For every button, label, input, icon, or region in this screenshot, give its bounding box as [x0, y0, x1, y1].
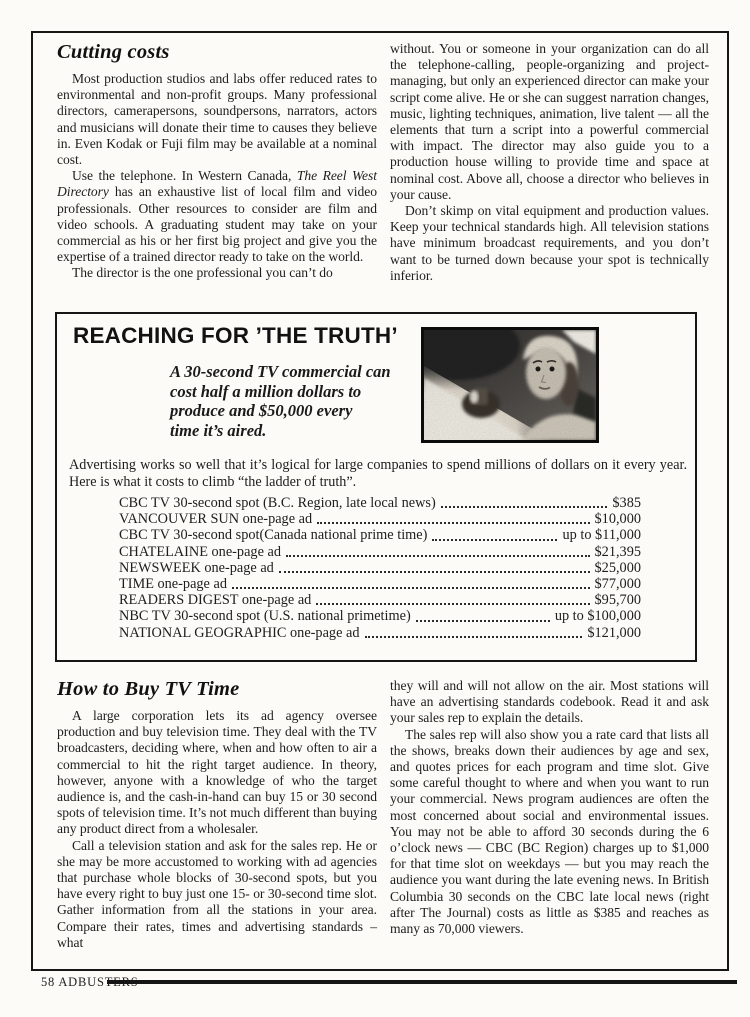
price-list: CBC TV 30-second spot (B.C. Region, late…: [119, 495, 641, 641]
price-list-row: VANCOUVER SUN one-page ad $10,000: [119, 511, 641, 527]
paragraph: they will and will not allow on the air.…: [390, 678, 709, 727]
dot-leader: [365, 636, 583, 638]
price-value: $25,000: [595, 560, 641, 576]
price-list-row: READERS DIGEST one-page ad $95,700: [119, 592, 641, 608]
dot-leader: [232, 587, 590, 589]
paragraph-text: Use the telephone. In Western Canada,: [72, 168, 297, 183]
tv-still-photo: [421, 327, 599, 443]
reaching-for-the-truth-box: REACHING FOR ’THE TRUTH’ A 30-second TV …: [55, 312, 697, 662]
pull-quote-line: cost half a million dollars to: [170, 382, 420, 402]
price-item-label: VANCOUVER SUN one-page ad: [119, 511, 312, 527]
paragraph: Call a television station and ask for th…: [57, 838, 377, 951]
price-item-label: NATIONAL GEOGRAPHIC one-page ad: [119, 625, 360, 641]
paragraph: A large corporation lets its ad agency o…: [57, 708, 377, 838]
buy-tv-time-heading: How to Buy TV Time: [57, 678, 377, 701]
truth-box-intro: Advertising works so well that it’s logi…: [69, 457, 687, 491]
dot-leader: [432, 539, 557, 541]
paragraph: Most production studios and labs offer r…: [57, 71, 377, 168]
price-value: $385: [612, 495, 641, 511]
price-item-label: CBC TV 30-second spot (B.C. Region, late…: [119, 495, 436, 511]
pull-quote: A 30-second TV commercial cancost half a…: [170, 362, 420, 440]
price-item-label: TIME one-page ad: [119, 576, 227, 592]
page-border-frame: Cutting costs Most production studios an…: [31, 31, 729, 971]
price-value: up to $100,000: [555, 608, 641, 624]
price-list-row: CHATELAINE one-page ad $21,395: [119, 544, 641, 560]
price-list-row: NBC TV 30-second spot (U.S. national pri…: [119, 608, 641, 624]
section-cutting-costs: Cutting costs Most production studios an…: [57, 41, 709, 307]
price-value: $10,000: [595, 511, 641, 527]
dot-leader: [279, 571, 590, 573]
price-value: $77,000: [595, 576, 641, 592]
price-value: $21,395: [595, 544, 641, 560]
price-list-row: TIME one-page ad $77,000: [119, 576, 641, 592]
price-value: $95,700: [595, 592, 641, 608]
pull-quote-line: time it’s aired.: [170, 421, 420, 441]
pull-quote-line: produce and $50,000 every: [170, 401, 420, 421]
footer-rule: [107, 980, 737, 984]
buy-tv-time-left-column: How to Buy TV Time A large corporation l…: [57, 678, 377, 968]
price-value: $121,000: [587, 625, 641, 641]
cutting-costs-right-column: without. You or someone in your organiza…: [390, 41, 709, 307]
truth-box-title: REACHING FOR ’THE TRUTH’: [73, 323, 398, 349]
dot-leader: [441, 506, 608, 508]
paragraph: Don’t skimp on vital equipment and produ…: [390, 203, 709, 284]
price-item-label: NEWSWEEK one-page ad: [119, 560, 274, 576]
paragraph: The director is the one professional you…: [57, 265, 377, 281]
price-item-label: NBC TV 30-second spot (U.S. national pri…: [119, 608, 411, 624]
magazine-page: Cutting costs Most production studios an…: [0, 0, 750, 1017]
paragraph: without. You or someone in your organiza…: [390, 41, 709, 203]
dot-leader: [317, 522, 589, 524]
price-list-row: NATIONAL GEOGRAPHIC one-page ad $121,000: [119, 625, 641, 641]
section-how-to-buy-tv-time: How to Buy TV Time A large corporation l…: [57, 678, 709, 968]
tv-still-image: [424, 330, 596, 440]
price-value: up to $11,000: [562, 527, 641, 543]
cutting-costs-heading: Cutting costs: [57, 41, 377, 64]
dot-leader: [316, 603, 589, 605]
buy-tv-time-right-column: they will and will not allow on the air.…: [390, 678, 709, 968]
price-item-label: READERS DIGEST one-page ad: [119, 592, 311, 608]
pull-quote-line: A 30-second TV commercial can: [170, 362, 420, 382]
dot-leader: [416, 620, 550, 622]
price-list-row: CBC TV 30-second spot (B.C. Region, late…: [119, 495, 641, 511]
price-list-row: NEWSWEEK one-page ad $25,000: [119, 560, 641, 576]
paragraph: Use the telephone. In Western Canada, Th…: [57, 168, 377, 265]
price-list-row: CBC TV 30-second spot(Canada national pr…: [119, 527, 641, 543]
price-item-label: CHATELAINE one-page ad: [119, 544, 281, 560]
cutting-costs-left-column: Cutting costs Most production studios an…: [57, 41, 377, 307]
paragraph: The sales rep will also show you a rate …: [390, 727, 709, 938]
dot-leader: [286, 555, 590, 557]
price-item-label: CBC TV 30-second spot(Canada national pr…: [119, 527, 427, 543]
